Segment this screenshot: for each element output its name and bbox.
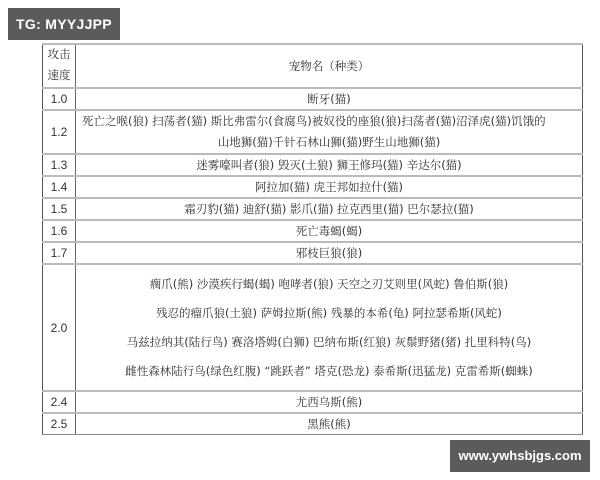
- table-row: 2.4 尤西乌斯(熊): [43, 391, 583, 413]
- speed-cell: 2.5: [43, 413, 76, 435]
- speed-cell: 2.0: [43, 264, 76, 391]
- watermark-bottom-label: www.ywhsbjgs.com: [450, 440, 590, 472]
- names-line: 残忍的瘤爪狼(土狼) 萨姆拉斯(熊) 残暴的本希(龟) 阿拉瑟希斯(风蛇): [76, 299, 582, 328]
- names-cell: 阿拉加(猫) 虎王邦如拉什(猫): [76, 176, 583, 198]
- names-cell: 邪枝巨狼(狼): [76, 242, 583, 264]
- watermark-top-label: TG: MYYJJPP: [8, 8, 120, 40]
- speed-cell: 1.3: [43, 154, 76, 176]
- names-line: 马兹拉纳其(陆行鸟) 赛洛塔姆(白狮) 巴纳布斯(红狼) 灰鬃野猪(猪) 扎里科…: [76, 328, 582, 357]
- names-cell: 黑熊(熊): [76, 413, 583, 435]
- names-line: 死亡之喉(狼) 扫荡者(猫) 斯比弗雷尔(食腐鸟)被奴役的座狼(狼)扫荡者(猫)…: [76, 111, 582, 132]
- names-line: 山地狮(猫)千针石林山狮(猫)野生山地狮(猫): [76, 132, 582, 153]
- speed-cell: 1.0: [43, 88, 76, 110]
- names-cell: 断牙(猫): [76, 88, 583, 110]
- header-speed-line1: 攻击: [43, 45, 75, 66]
- table-row: 1.6 死亡毒蝎(蝎): [43, 220, 583, 242]
- speed-cell: 1.4: [43, 176, 76, 198]
- speed-cell: 2.4: [43, 391, 76, 413]
- speed-cell: 1.2: [43, 110, 76, 154]
- names-line: 瘸爪(熊) 沙漠疾行蝎(蝎) 咆哮者(狼) 天空之刃艾则里(风蛇) 鲁伯斯(狼): [76, 270, 582, 299]
- names-line: 雌性森林陆行鸟(绿色红腹) “跳跃者” 塔克(恐龙) 泰希斯(迅猛龙) 克雷希斯…: [76, 357, 582, 386]
- table-row: 1.4 阿拉加(猫) 虎王邦如拉什(猫): [43, 176, 583, 198]
- table-row: 1.5 霜刃豹(猫) 迪舒(猫) 影爪(猫) 拉克西里(猫) 巴尔瑟拉(猫): [43, 198, 583, 220]
- table-row: 1.0 断牙(猫): [43, 88, 583, 110]
- names-cell: 瘸爪(熊) 沙漠疾行蝎(蝎) 咆哮者(狼) 天空之刃艾则里(风蛇) 鲁伯斯(狼)…: [76, 264, 583, 391]
- names-cell: 死亡之喉(狼) 扫荡者(猫) 斯比弗雷尔(食腐鸟)被奴役的座狼(狼)扫荡者(猫)…: [76, 110, 583, 154]
- names-cell: 尤西乌斯(熊): [76, 391, 583, 413]
- header-speed-cell: 攻击 速度: [43, 44, 76, 88]
- table-row: 2.0 瘸爪(熊) 沙漠疾行蝎(蝎) 咆哮者(狼) 天空之刃艾则里(风蛇) 鲁伯…: [43, 264, 583, 391]
- header-speed-line2: 速度: [43, 66, 75, 87]
- speed-cell: 1.6: [43, 220, 76, 242]
- table-row: 1.7 邪枝巨狼(狼): [43, 242, 583, 264]
- table-row: 1.2 死亡之喉(狼) 扫荡者(猫) 斯比弗雷尔(食腐鸟)被奴役的座狼(狼)扫荡…: [43, 110, 583, 154]
- table-header-row: 攻击 速度 宠物名（种类）: [43, 44, 583, 88]
- pet-attack-speed-table: 攻击 速度 宠物名（种类） 1.0 断牙(猫) 1.2 死亡之喉(狼) 扫荡者(…: [42, 43, 583, 435]
- names-cell: 死亡毒蝎(蝎): [76, 220, 583, 242]
- table-row: 2.5 黑熊(熊): [43, 413, 583, 435]
- header-names-cell: 宠物名（种类）: [76, 44, 583, 88]
- speed-cell: 1.5: [43, 198, 76, 220]
- table-row: 1.3 迷雾嚎叫者(狼) 毁灭(土狼) 狮王修玛(猫) 辛达尔(猫): [43, 154, 583, 176]
- names-cell: 霜刃豹(猫) 迪舒(猫) 影爪(猫) 拉克西里(猫) 巴尔瑟拉(猫): [76, 198, 583, 220]
- names-cell: 迷雾嚎叫者(狼) 毁灭(土狼) 狮王修玛(猫) 辛达尔(猫): [76, 154, 583, 176]
- speed-cell: 1.7: [43, 242, 76, 264]
